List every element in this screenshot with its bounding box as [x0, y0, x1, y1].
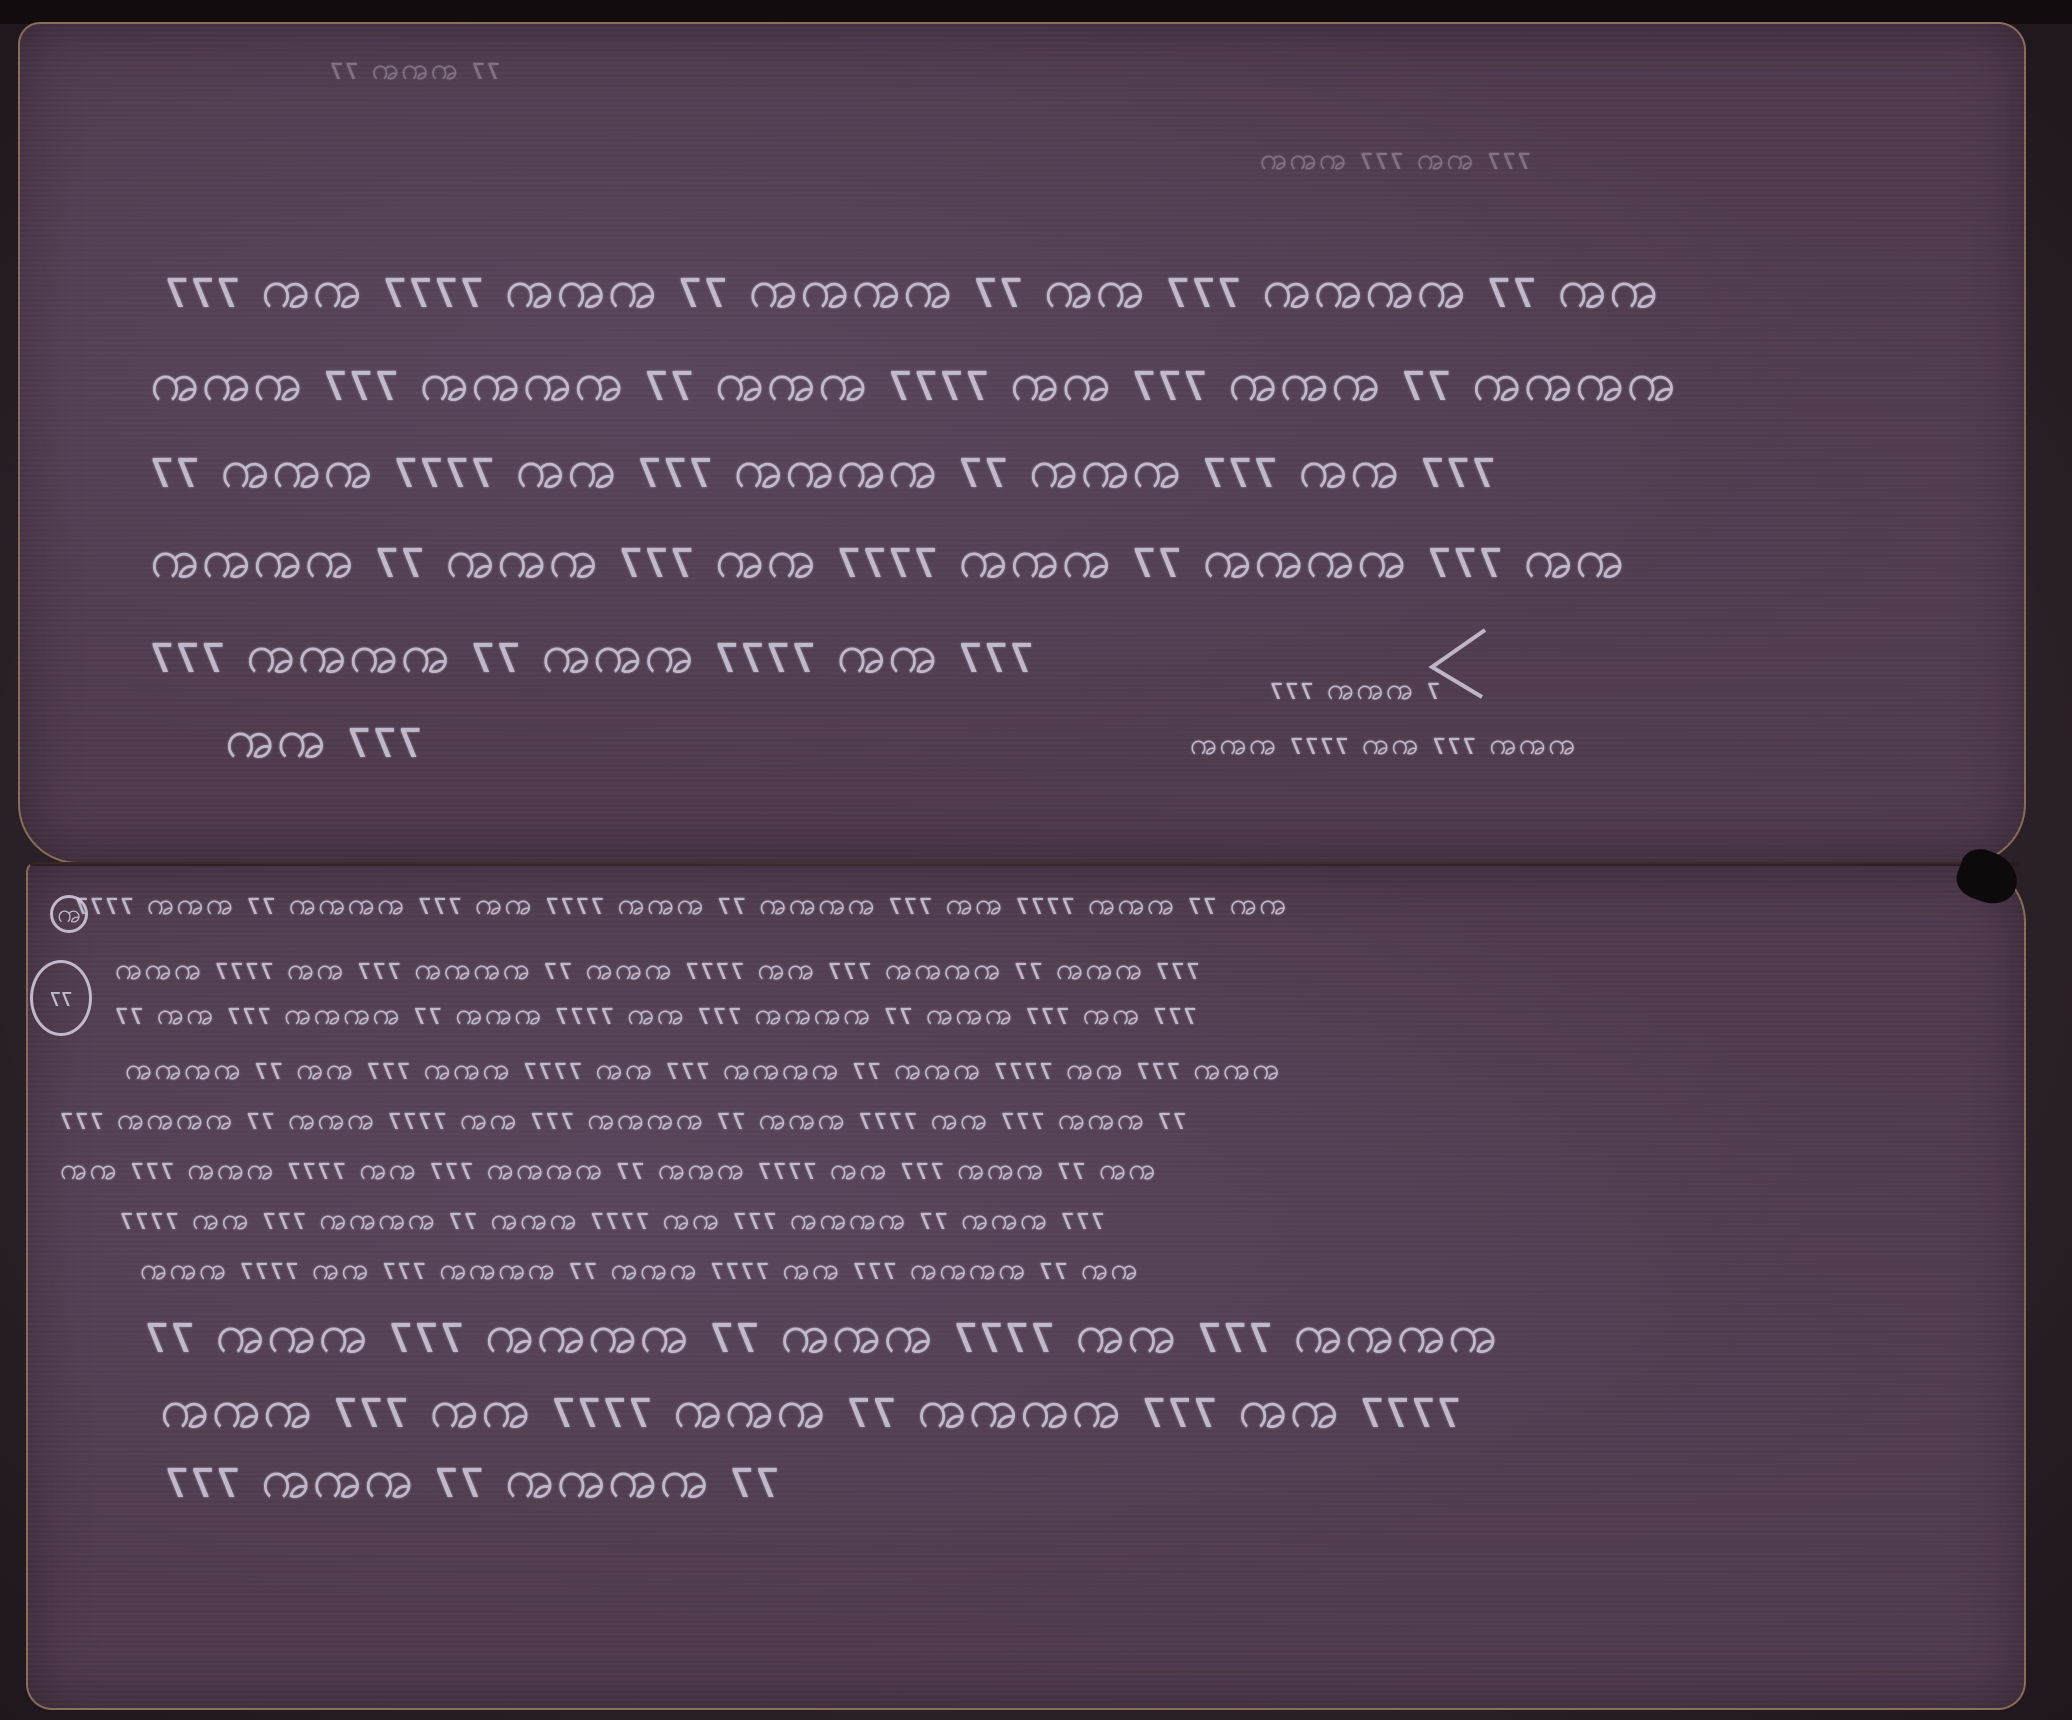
script-line: ꩠꩠ ꧏꧏꧏ ꩠꩠꩠ ꧏꧏꧏꧏ ꩠꩠ ꧏꧏꧏ ꩠꩠꩠꩠ ꧏꧏ ꩠꩠꩠ ꧏꧏꧏꧏ …: [60, 1150, 2010, 1192]
fold-crease: [30, 862, 2020, 866]
script-line: ꧏꧏ ꩠꩠꩠ ꧏꧏꧏꧏ ꩠꩠ ꧏꧏꧏ ꩠꩠꩠꩠ ꧏꧏ ꩠꩠꩠ ꧏꧏꧏ ꩠꩠ ꧏꧏ…: [150, 434, 1930, 506]
script-line: ꧏꧏꧏꧏ ꩠꩠ ꧏꧏꧏ ꩠꩠꩠꩠ ꧏꧏ ꩠꩠꩠ ꧏꧏꧏꧏ ꩠꩠ ꧏꧏꧏ ꩠꩠꩠꩠ…: [120, 1200, 1950, 1242]
faint-header: ꩠꩠꩠ ꧏꧏꧏ ꩠꩠ ꧏꧏꧏ: [1260, 140, 1940, 182]
script-line: ꩠꩠꩠꩠ ꧏꧏ ꩠꩠ ꧏꧏꧏ ꩠꩠꩠ ꧏꧏꧏꧏ ꩠꩠ ꧏꧏꧏ ꩠꩠꩠꩠ ꧏꧏ ꩠ…: [125, 1050, 2010, 1092]
faint-header: ꧏꧏ ꩠꩠꩠ ꧏꧏ: [330, 50, 800, 92]
script-line: ꩠꩠꩠ ꧏꧏꧏꧏ ꩠꩠ ꧏꧏꧏ ꩠꩠꩠꩠ ꧏꧏ ꩠꩠꩠ ꧏꧏꧏꧏ ꩠꩠ ꧏꧏꧏ …: [115, 950, 1960, 992]
script-line: ꩠꩠꩠꩠ ꧏꧏ ꩠꩠꩠ ꧏꧏꧏ ꩠꩠ ꧏꧏꧏꧏ ꩠꩠꩠ ꧏꧏ ꩠꩠꩠꩠ ꧏꧏꧏ …: [150, 524, 1960, 596]
script-line: ꧏꧏꧏꧏ ꩠꩠꩠ ꧏꧏ ꩠꩠꩠꩠ ꧏꧏꧏ ꩠꩠ ꧏꧏꧏꧏ ꩠꩠꩠ ꧏꧏ ꩠꩠꩠꩠ…: [75, 885, 1970, 927]
script-line: ꩠꩠꩠ ꧏꧏꧏ ꩠꩠꩠꩠ ꧏꧏ ꩠꩠꩠ ꧏꧏꧏꧏ ꩠꩠ ꧏꧏꧏ ꩠꩠꩠ ꧏꧏ ꩠ…: [150, 347, 1940, 419]
circled-glyph: ꩠ: [50, 895, 88, 933]
colophon-line: ꩠꩠꩠ ꧏꧏꧏꧏ ꩠꩠ ꧏꧏꧏ ꩠꩠꩠ: [1190, 725, 1800, 767]
script-line: ꩠꩠꩠ ꧏꧏꧏ ꩠꩠ ꧏꧏꧏꧏ ꩠꩠꩠ ꧏꧏ ꩠꩠꩠꩠ ꧏꧏꧏ ꩠꩠ ꧏꧏꧏꧏ: [160, 1374, 1940, 1446]
top-shadow: [0, 0, 2072, 24]
script-line: ꧏꧏꧏ ꩠꩠ ꧏꧏꧏꧏ ꩠꩠꩠ ꧏꧏ ꩠꩠꩠꩠ ꧏꧏ ꩠꩠ ꧏꧏꧏ ꩠꩠꩠꩠ ꧏ…: [165, 254, 1980, 326]
script-line: ꧏꧏꧏ ꩠꩠꩠꩠ ꧏꧏ ꩠꩠꩠ ꧏꧏꧏꧏ ꩠꩠ ꧏꧏꧏ ꩠꩠꩠꩠ ꧏꧏ ꩠꩠꩠ …: [60, 1100, 2010, 1142]
script-line: ꧏꧏꧏ ꩠꩠꩠꩠ ꧏꧏ ꩠꩠꩠ ꧏꧏꧏꧏ ꩠꩠ ꧏꧏꧏ: [150, 619, 1150, 691]
script-line: ꧏꧏ ꩠꩠꩠ ꧏꧏꧏ ꩠꩠꩠꩠ ꧏꧏ ꩠꩠꩠ ꧏꧏꧏꧏ ꩠꩠ ꧏꧏꧏ ꩠꩠꩠꩠ: [145, 1299, 1910, 1371]
script-line: ꩠꩠ ꧏꧏꧏ: [225, 704, 500, 776]
script-line: ꧏꧏ ꩠꩠ ꧏꧏꧏ ꩠꩠꩠꩠ ꧏꧏ ꩠꩠꩠ ꧏꧏꧏꧏ ꩠꩠ ꧏꧏꧏ ꩠꩠꩠꩠ ꧏ…: [115, 995, 1975, 1037]
script-line: ꧏꧏꧏ ꩠꩠꩠ ꧏꧏ ꩠꩠꩠꩠ ꧏꧏ: [165, 1444, 1000, 1516]
colophon-line: ꧏꧏꧏ ꩠꩠꩠ ꧏꧏ: [1270, 670, 1440, 712]
script-line: ꩠꩠꩠ ꧏꧏꧏꧏ ꩠꩠ ꧏꧏꧏ ꩠꩠꩠꩠ ꧏꧏ ꩠꩠꩠ ꧏꧏꧏꧏ ꩠꩠ ꧏꧏꧏ …: [140, 1250, 1950, 1292]
circled-glyph: ꧏꧏ: [30, 960, 92, 1036]
